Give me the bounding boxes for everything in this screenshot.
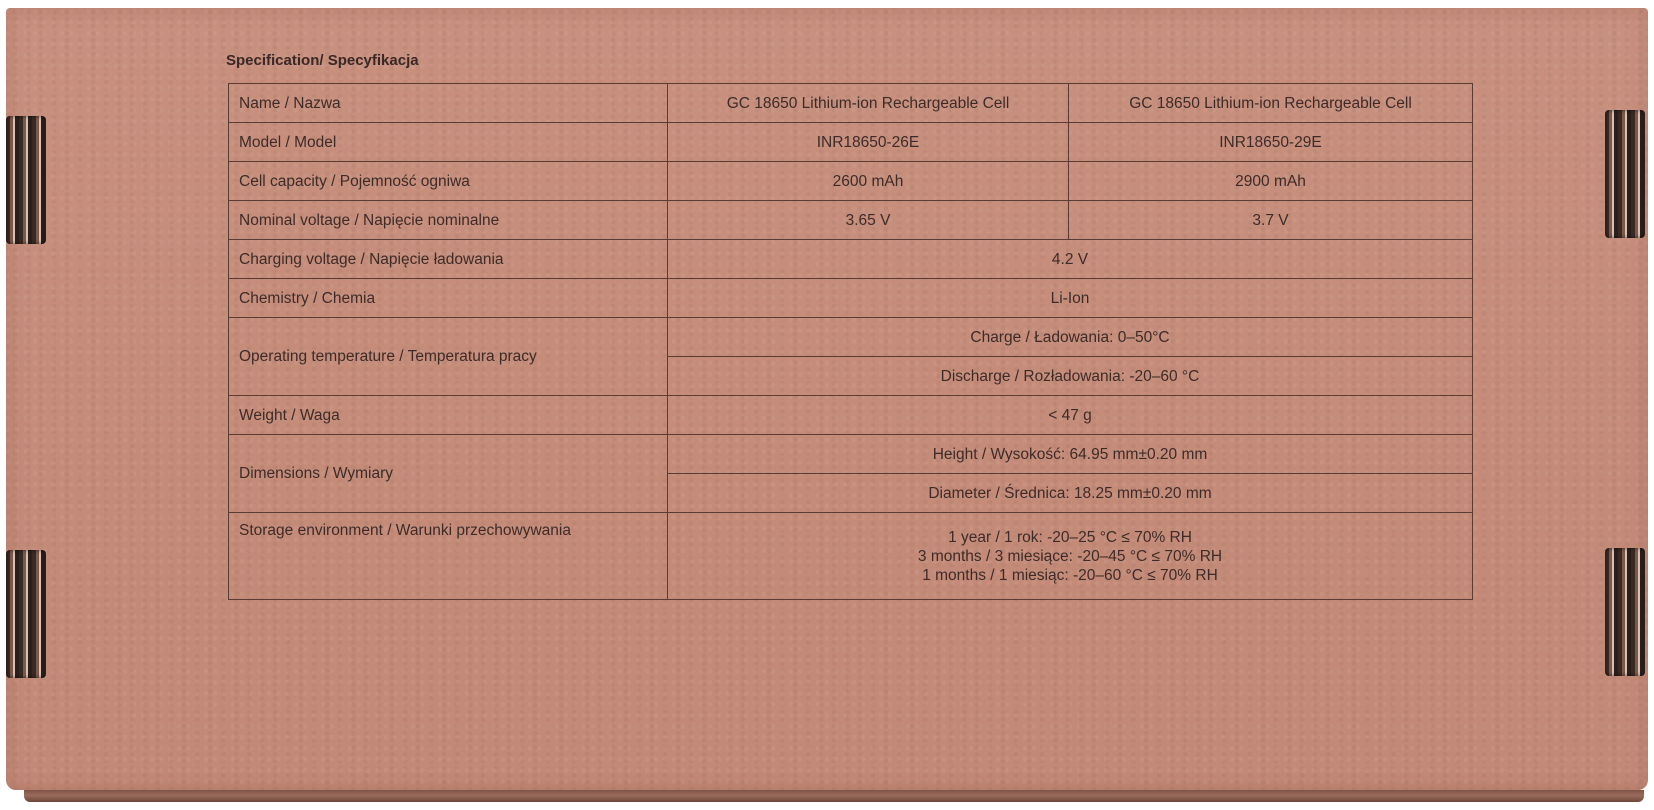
table-row-nominal-voltage: Nominal voltage / Napięcie nominalne 3.6… [229,201,1473,240]
handle-cutout-left-bottom [6,550,46,678]
spec-table: Name / Nazwa GC 18650 Lithium-ion Rechar… [228,83,1473,600]
table-row-model: Model / Model INR18650-26E INR18650-29E [229,123,1473,162]
storage-line-1: 1 year / 1 rok: -20–25 °C ≤ 70% RH [678,528,1462,547]
table-row-dimensions: Dimensions / Wymiary Height / Wysokość: … [229,435,1473,474]
spec-title: Specification/ Specyfikacja [226,52,419,69]
table-row-weight: Weight / Waga < 47 g [229,396,1473,435]
handle-cutout-left-top [6,116,46,244]
table-row-name: Name / Nazwa GC 18650 Lithium-ion Rechar… [229,84,1473,123]
handle-cutout-right-top [1605,110,1645,238]
handle-cutout-right-bottom [1605,548,1645,676]
box-bottom-edge [24,790,1644,802]
storage-line-2: 3 months / 3 miesiące: -20–45 °C ≤ 70% R… [678,547,1462,566]
table-row-operating-temperature: Operating temperature / Temperatura prac… [229,318,1473,357]
table-row-charging-voltage: Charging voltage / Napięcie ładowania 4.… [229,240,1473,279]
table-row-chemistry: Chemistry / Chemia Li-Ion [229,279,1473,318]
storage-line-3: 1 months / 1 miesiąc: -20–60 °C ≤ 70% RH [678,566,1462,585]
table-row-capacity: Cell capacity / Pojemność ogniwa 2600 mA… [229,162,1473,201]
table-row-storage: Storage environment / Warunki przechowyw… [229,513,1473,600]
